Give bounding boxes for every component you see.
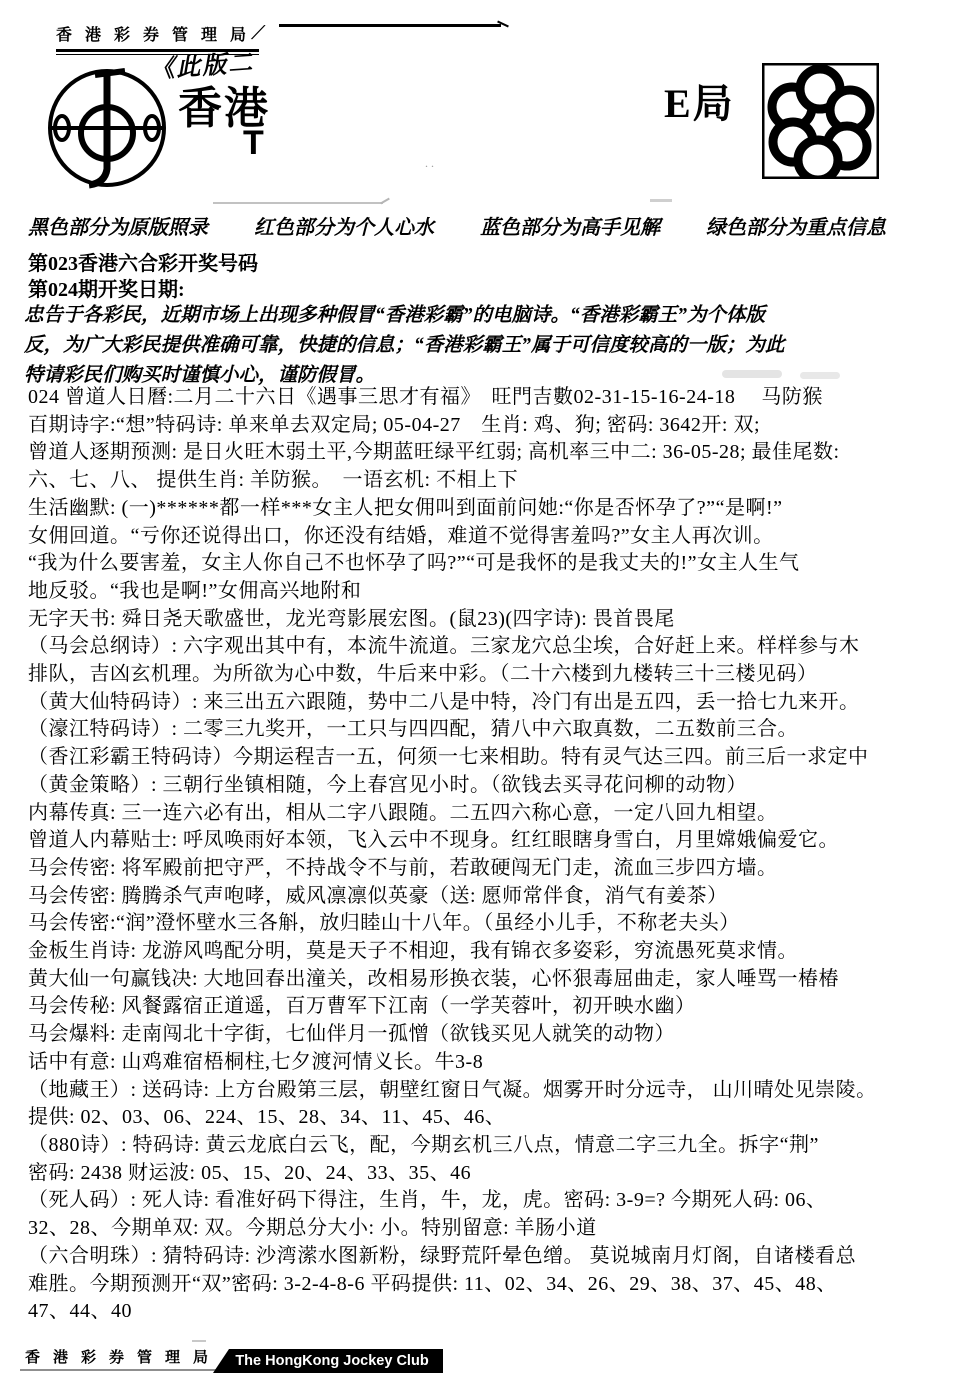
text-line: （六合明珠）: 猜特码诗: 沙湾潆水图新粉，绿野荒阡晕色缯。 莫说城南月灯阁，自… [20,1243,960,1271]
rings-emblem-icon [762,63,879,184]
legend-black: 黑色部分为原版照录 [28,211,208,240]
scan-artifact-dots: .. [425,156,437,171]
text-line: 黄大仙一句赢钱决: 大地回春出潼关，改相易形换衣装，心怀狠毒屈曲走，家人唾骂一椿… [20,966,960,994]
lottery-tip-sheet: 香港彩券管理局 ∕ 《此版二 香港 T E局 [0,0,962,1388]
text-line: 32、28、今期单双: 双。今期总分大小: 小。特别留意: 羊肠小道 [20,1215,960,1243]
text-line: （880诗）: 特码诗: 黄云龙底白云飞，配，今期玄机三八点，情意二字三九全。拆… [20,1132,960,1160]
text-line: 马会传密: 腾腾杀气声咆哮，威风凛凛似英豪（送: 愿师常伴食，消气有姜茶） [20,883,960,911]
scan-artifact-tick [380,198,390,205]
text-line: 六、七、八、 提供生肖: 羊防猴。 一语玄机: 不相上下 [20,467,960,495]
text-line: 难胜。今期预测开“双”密码: 3-2-4-8-6 平码提供: 11、02、34、… [20,1271,960,1299]
text-line: 提供: 02、03、06、224、15、28、34、11、45、46、 [20,1104,960,1132]
color-legend: 黑色部分为原版照录 红色部分为个人心水 蓝色部分为高手见解 绿色部分为重点信息 [28,211,886,240]
text-line: 女佣回道。“亏你还说得出口，你还没有结婚，难道不觉得害羞吗?”女主人再次训。 [20,523,960,551]
text-line: 无字天书: 舜日尧天歌盛世，龙光弯影展宏图。(鼠23)(四字诗): 畏首畏尾 [20,606,960,634]
text-line: 地反驳。“我也是啊!”女佣高兴地附和 [20,578,960,606]
text-line: 马会传秘: 风餐露宿正道遥，百万曹军下江南（一学芙蓉叶，初开映水幽） [20,993,960,1021]
jockey-club-banner: The HongKong Jockey Club [213,1349,443,1373]
text-line: 金板生肖诗: 龙游风鸣配分明，莫是天子不相迎，我有锦衣多姿彩，穷流愚死莫求情。 [20,938,960,966]
warning-line: 反，为广大彩民提供准确可靠，快捷的信息；“香港彩霸王”属于可信度较高的一版；为此 [24,331,954,361]
text-line: （黄金策略）: 三朝行坐镇相随，今上春宫见小时。（欲钱去买寻花问柳的动物） [20,772,960,800]
text-line: （香江彩霸王特码诗）今期运程吉一五，何须一七来相助。特有灵气达三四。前三后一求定… [20,744,960,772]
text-line: 排队，吉凶玄机理。为所欲为心中数，牛后来中彩。（二十六楼到九楼转三十三楼见码） [20,661,960,689]
text-line: （死人码）: 死人诗: 看准好码下得注，生肖，牛，龙，虎。密码: 3-9=? 今… [20,1187,960,1215]
text-line: “我为什么要害羞，女主人你自己不也怀孕了吗?”“可是我怀的是我丈夫的!”女主人生… [20,550,960,578]
draw-024-heading: 第024期开奖日期: [28,277,258,303]
masthead-t-fragment: T [243,124,264,163]
scan-artifact-line [213,202,383,204]
text-line: （地藏王）: 送码诗: 上方台殿第三层，朝壁红窗日气凝。烟雾开时分远寺， 山川晴… [20,1077,960,1105]
text-line: 024 曾道人日曆:二月二十六日《遇事三思才有福》 旺門吉數02-31-15-1… [20,384,960,412]
text-line: 曾道人内幕贴士: 呼凤唤雨好本领，飞入云中不现身。红红眼瞎身雪白，月里嫦娥偏爱它… [20,827,960,855]
text-line: 内幕传真: 三一连六必有出，相从二字八跟随。二五四六称心意，一定八回九相望。 [20,800,960,828]
text-line: 生活幽默: (一)******都一样***女主人把女佣叫到面前问她:“你是否怀孕… [20,495,960,523]
legend-green: 绿色部分为重点信息 [706,211,886,240]
scan-artifact-footer-dash [192,1340,206,1342]
text-line: 马会爆料: 走南闯北十字街，七仙伴月一孤憎（欲钱买见人就笑的动物） [20,1021,960,1049]
draw-023-heading: 第023香港六合彩开奖号码 [28,251,258,277]
text-line: 密码: 2438 财运波: 05、15、20、24、33、35、46 [20,1160,960,1188]
text-line: （黄大仙特码诗）: 来三出五六跟随，势中二八是中特，冷门有出是五四，丢一拾七九来… [20,689,960,717]
text-line: 话中有意: 山鸡难宿梧桐柱,七夕渡河情义长。牛3-8 [20,1049,960,1077]
jockey-club-banner-text: The HongKong Jockey Club [227,1353,428,1369]
masthead-right-fragment: E局 [664,72,735,129]
footer-agency-script: 香港彩券管理局 [25,1346,221,1367]
scan-artifact-dash [650,199,672,202]
legend-blue: 蓝色部分为高手见解 [480,211,660,240]
header-rule [279,24,501,27]
warning-line: 忠告于各彩民，近期市场上出现多种假冒“香港彩霸”的电脑诗。“香港彩霸王”为个体版 [24,301,954,331]
text-line: （濠江特码诗）: 二零三九奖开，一工只与四四配，猜八中六取真数，二五数前三合。 [20,716,960,744]
counterfeit-warning: 忠告于各彩民，近期市场上出现多种假冒“香港彩霸”的电脑诗。“香港彩霸王”为个体版… [24,301,954,391]
text-line: 马会传密:“润”澄怀壁水三各斛，放归睦山十八年。（虽经小儿手，不称老夫头） [20,910,960,938]
legend-red: 红色部分为个人心水 [254,211,434,240]
text-line: 曾道人逐期预测: 是日火旺木弱土平,今期蓝旺绿平红弱; 高机率三中二: 36-0… [20,439,960,467]
draw-headings: 第023香港六合彩开奖号码 第024期开奖日期: [28,251,258,303]
text-line: 47、44、40 [20,1298,960,1326]
text-line: 百期诗字:“想”特码诗: 单来单去双定局; 05-04-27 生肖: 鸡、狗; … [20,412,960,440]
text-line: 马会传密: 将军殿前把守严，不持战令不与前，若敢硬闯无门走，流血三步四方墙。 [20,855,960,883]
text-line: （马会总纲诗）: 六字观出其中有，本流牛流道。三家龙穴总尘埃，合好赶上来。样样参… [20,633,960,661]
prediction-body: 024 曾道人日曆:二月二十六日《遇事三思才有福》 旺門吉數02-31-15-1… [20,384,960,1326]
